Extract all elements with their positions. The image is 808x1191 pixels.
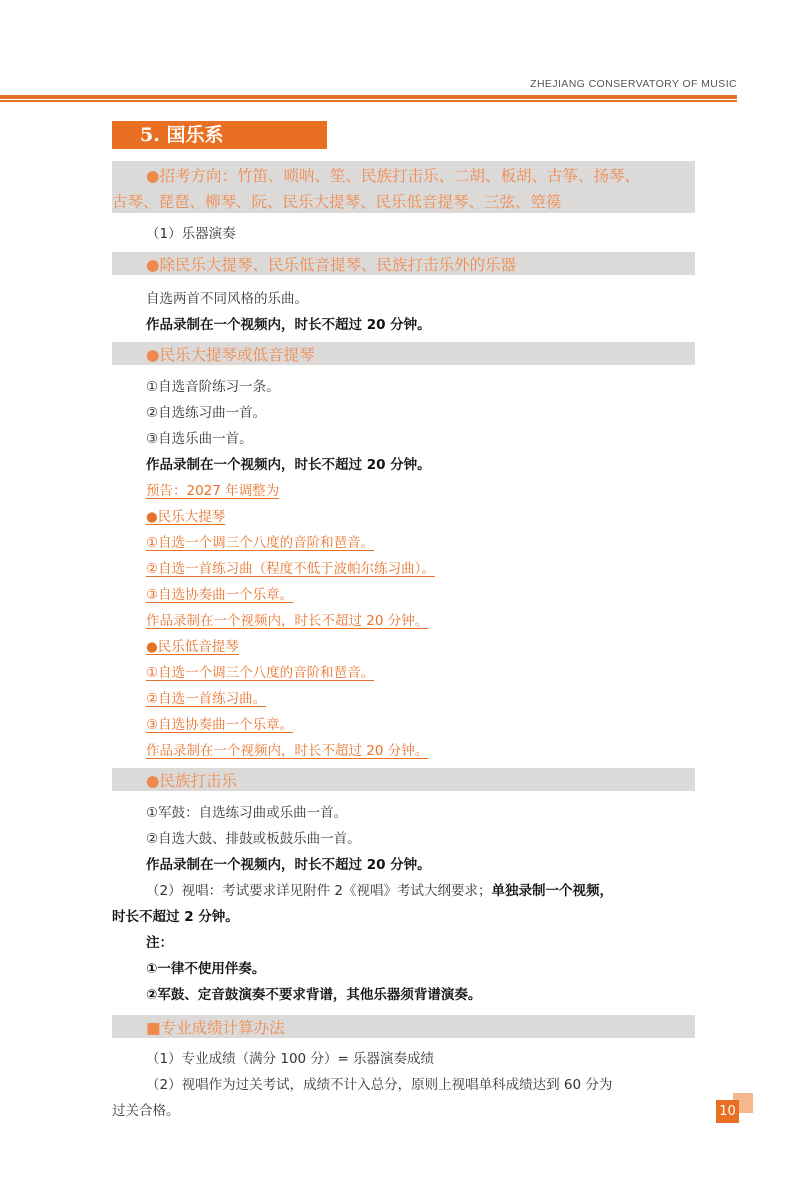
part2-line-1: （2）视唱：考试要求详见附件 2《视唱》考试大纲要求；单独录制一个视频，: [146, 879, 613, 899]
scoring-heading: ■专业成绩计算办法: [146, 1016, 285, 1038]
cello-2027-recording: 作品录制在一个视频内，时长不超过 20 分钟。: [146, 609, 428, 629]
percussion-item-2: ②自选大鼓、排鼓或板鼓乐曲一首。: [146, 827, 361, 847]
percussion-recording: 作品录制在一个视频内，时长不超过 20 分钟。: [146, 853, 431, 873]
notes-label: 注：: [146, 931, 173, 951]
scoring-item-2-line-1: （2）视唱作为过关考试，成绩不计入总分，原则上视唱单科成绩达到 60 分为: [146, 1073, 612, 1093]
percussion-item-1: ①军鼓：自选练习曲或乐曲一首。: [146, 801, 347, 821]
note-1: ①一律不使用伴奏。: [146, 957, 265, 977]
page-number: 10: [716, 1100, 739, 1123]
scoring-item-2-line-2: 过关合格。: [112, 1099, 180, 1119]
cello-2027-item-2: ②自选一首练习曲（程度不低于波帕尔练习曲）。: [146, 557, 435, 577]
bass-2027-recording: 作品录制在一个视频内，时长不超过 20 分钟。: [146, 739, 428, 759]
cello-bass-item-2: ②自选练习曲一首。: [146, 401, 266, 421]
bass-2027-item-1: ①自选一个调三个八度的音阶和琶音。: [146, 661, 374, 681]
cello-bass-item-3: ③自选乐曲一首。: [146, 427, 253, 447]
header-rule-thin: [0, 100, 737, 102]
section-title-box: 5. 国乐系: [112, 121, 327, 149]
bass-2027-item-2: ②自选一首练习曲。: [146, 687, 266, 707]
bass-2027-heading: ●民乐低音提琴: [146, 635, 239, 655]
percussion-heading: ●民族打击乐: [146, 769, 237, 791]
cello-2027-heading: ●民乐大提琴: [146, 505, 225, 525]
part2-text-bold: 单独录制一个视频，: [491, 883, 613, 899]
note-2: ②军鼓、定音鼓演奏不要求背谱，其他乐器须背谱演奏。: [146, 983, 481, 1003]
cello-2027-item-1: ①自选一个调三个八度的音阶和琶音。: [146, 531, 374, 551]
scoring-item-1: （1）专业成绩（满分 100 分）= 乐器演奏成绩: [146, 1047, 434, 1067]
notice-2027: 预告：2027 年调整为: [146, 479, 279, 499]
cello-2027-item-3: ③自选协奏曲一个乐章。: [146, 583, 293, 603]
cello-bass-heading: ●民乐大提琴或低音提琴: [146, 343, 315, 365]
institution-name: ZHEJIANG CONSERVATORY OF MUSIC: [530, 78, 737, 90]
percussion-heading-bar: ●民族打击乐: [112, 768, 695, 791]
header-rule-thick: [0, 95, 737, 99]
directions-line-1: ●招考方向：竹笛、唢呐、笙、民族打击乐、二胡、板胡、古筝、扬琴、: [146, 164, 640, 186]
bass-2027-item-3: ③自选协奏曲一个乐章。: [146, 713, 293, 733]
cello-bass-recording: 作品录制在一个视频内，时长不超过 20 分钟。: [146, 453, 431, 473]
general-heading: ●除民乐大提琴、民乐低音提琴、民族打击乐外的乐器: [146, 253, 516, 275]
general-recording: 作品录制在一个视频内，时长不超过 20 分钟。: [146, 313, 431, 333]
cello-bass-item-1: ①自选音阶练习一条。: [146, 375, 280, 395]
general-heading-bar: ●除民乐大提琴、民乐低音提琴、民族打击乐外的乐器: [112, 252, 695, 275]
part2-text: （2）视唱：考试要求详见附件 2《视唱》考试大纲要求；: [146, 883, 491, 899]
scoring-heading-bar: ■专业成绩计算办法: [112, 1015, 695, 1038]
directions-line-2: 古琴、琵琶、柳琴、阮、民乐大提琴、民乐低音提琴、三弦、箜篌: [112, 190, 562, 212]
part2-line-2: 时长不超过 2 分钟。: [112, 905, 239, 925]
cello-bass-heading-bar: ●民乐大提琴或低音提琴: [112, 342, 695, 365]
section-title: 5. 国乐系: [140, 123, 223, 147]
directions-bar: ●招考方向：竹笛、唢呐、笙、民族打击乐、二胡、板胡、古筝、扬琴、 古琴、琵琶、柳…: [112, 161, 695, 213]
part1-label: （1）乐器演奏: [146, 222, 236, 242]
general-item-1: 自选两首不同风格的乐曲。: [146, 287, 308, 307]
